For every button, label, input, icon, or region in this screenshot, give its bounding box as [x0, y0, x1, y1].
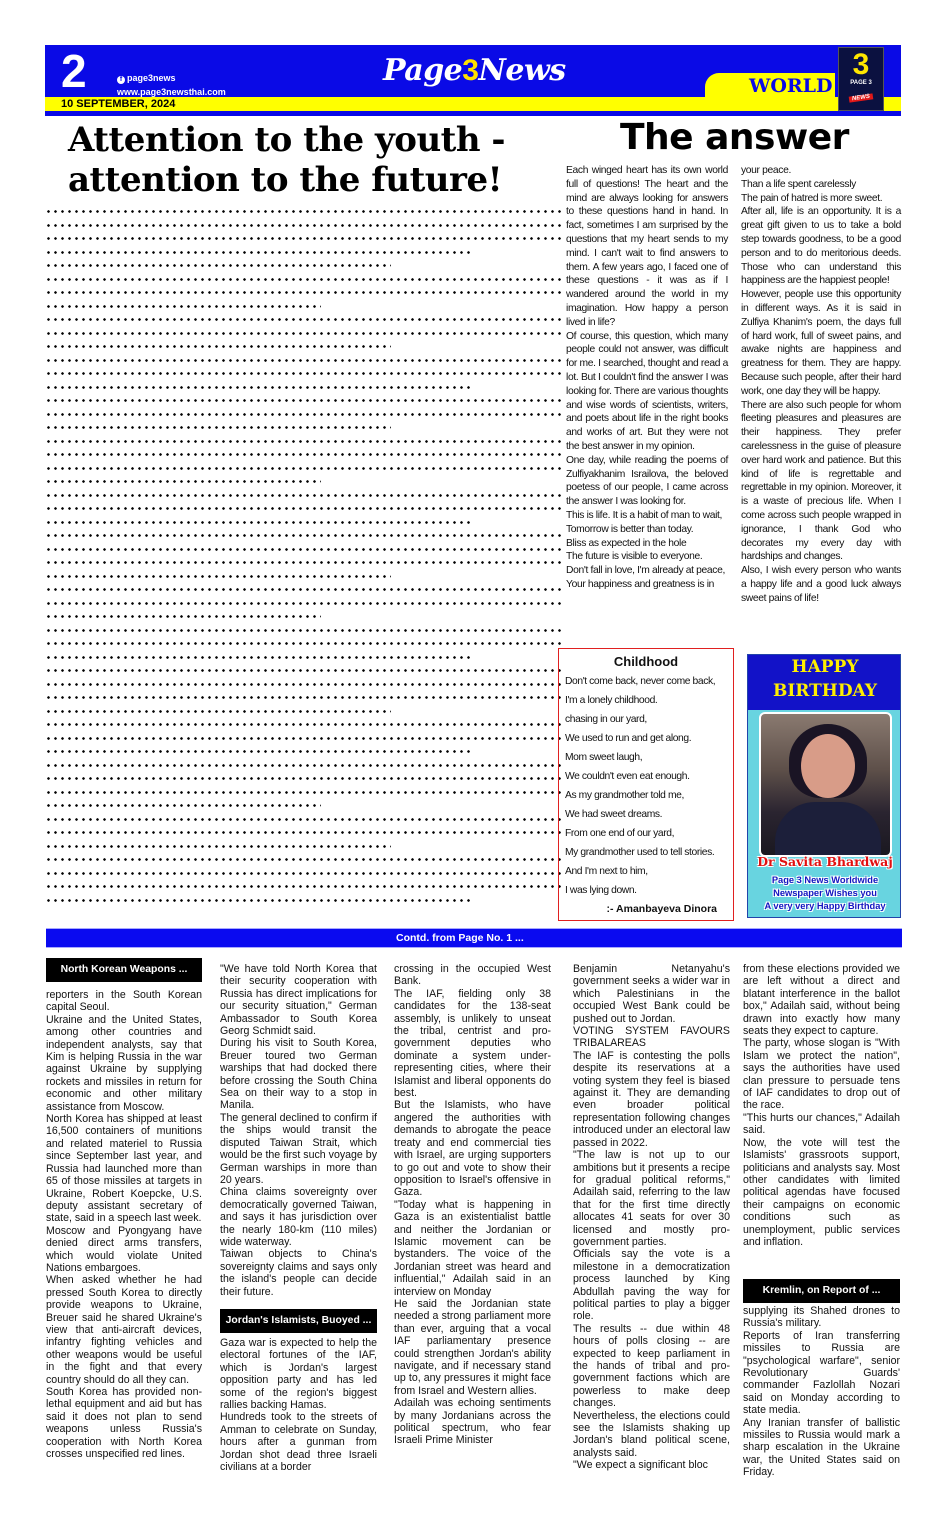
news-paragraph: Benjamin Netanyahu's government seeks a … — [573, 963, 730, 1025]
news-paragraph: Ukraine and the United States, among oth… — [46, 1014, 202, 1113]
news-paragraph: The general declined to confirm if the s… — [220, 1112, 377, 1186]
answer-verse-line: Tomorrow is better than today. — [566, 523, 728, 537]
answer-paragraph: After all, life is an opportunity. It is… — [741, 205, 901, 288]
answer-verse-line: The pain of hatred is more sweet. — [741, 192, 901, 206]
news-paragraph: China claims sovereignty over democratic… — [220, 1186, 377, 1248]
social-links: fpage3news www.page3newsthai.com — [117, 71, 226, 99]
news-paragraph: Hundreds took to the streets of Amman to… — [220, 1411, 377, 1473]
news-paragraph: The IAF is contesting the polls despite … — [573, 1050, 730, 1149]
facebook-link[interactable]: fpage3news — [117, 71, 226, 85]
facebook-handle: page3news — [127, 73, 176, 83]
news-paragraph: crossing in the occupied West Bank. — [394, 963, 551, 988]
badge-news-text: NEWS — [849, 93, 874, 102]
birthday-message: Page 3 News Worldwide Newspaper Wishes y… — [748, 874, 901, 913]
answer-verse-line: This is life. It is a habit of man to wa… — [566, 509, 728, 523]
poem-author: :- Amanbayeva Dinora — [565, 900, 727, 918]
answer-paragraph: Of course, this question, which many peo… — [566, 330, 728, 454]
poem-line: I was lying down. — [565, 881, 727, 900]
news-column-3: crossing in the occupied West Bank. The … — [394, 963, 551, 1447]
news-paragraph: Gaza war is expected to help the elector… — [220, 1337, 377, 1411]
issue-date: 10 SEPTEMBER, 2024 — [61, 98, 175, 111]
answer-verse-line: Than a life spent carelessly — [741, 178, 901, 192]
answer-verse-line: The future is visible to everyone. — [566, 550, 728, 564]
news-column-5: from these elections provided we are lef… — [743, 963, 900, 1248]
website-link[interactable]: www.page3newsthai.com — [117, 85, 226, 99]
answer-column-2: your peace. Than a life spent carelessly… — [741, 164, 901, 606]
news-column-5-kremlin: supplying its Shahed drones to Russia's … — [743, 1305, 900, 1479]
headline-youth: Attention to the youth - attention to th… — [68, 120, 548, 200]
continued-banner: Contd. from Page No. 1 ... — [46, 928, 902, 948]
news-paragraph: "We have told North Korea that their sec… — [220, 963, 377, 1037]
birthday-person-name: Dr Savita Bhardwaj — [748, 854, 901, 870]
birthday-message-line: Newspaper Wishes you — [748, 887, 901, 900]
poem-title: Childhood — [565, 653, 727, 670]
facebook-icon: f — [117, 76, 125, 84]
news-paragraph: Adailah was echoing sentiments by many J… — [394, 1397, 551, 1447]
birthday-birthday: BIRTHDAY — [748, 679, 901, 703]
logo-text-news: News — [478, 53, 565, 88]
section-tab: WORLD — [705, 73, 835, 111]
badge-number: 3 — [839, 50, 883, 80]
news-paragraph: Nevertheless, the elections could see th… — [573, 1410, 730, 1460]
section-label-jordans-islamists: Jordan's Islamists, Buoyed ... — [220, 1309, 377, 1333]
news-paragraph: Any Iranian transfer of ballistic missil… — [743, 1417, 900, 1479]
news-paragraph: "Today what is happening in Gaza is an e… — [394, 1199, 551, 1298]
page-number: 2 — [61, 47, 87, 95]
birthday-message-line: A very very Happy Birthday — [748, 900, 901, 913]
newspaper-logo: Page3News — [383, 51, 566, 91]
answer-paragraph: One day, while reading the poems of Zulf… — [566, 454, 728, 509]
news-paragraph: The party, whose slogan is "With Islam w… — [743, 1037, 900, 1111]
news-paragraph: Reports of Iran transferring missiles to… — [743, 1330, 900, 1417]
portrait-body — [775, 802, 881, 857]
news-paragraph: The IAF, fielding only 38 candidates for… — [394, 988, 551, 1100]
logo-three: 3 — [462, 54, 478, 87]
section-label-north-korean-weapons: North Korean Weapons ... — [46, 958, 202, 982]
news-paragraph: "We expect a significant bloc — [573, 1459, 730, 1471]
news-paragraph: "This hurts our chances," Adailah said. — [743, 1112, 900, 1137]
poem-line: Don't come back, never come back, — [565, 672, 727, 691]
answer-paragraph: There are also such people for whom flee… — [741, 399, 901, 565]
news-paragraph: Moscow and Pyongyang have denied direct … — [46, 1225, 202, 1275]
news-paragraph: supplying its Shahed drones to Russia's … — [743, 1305, 900, 1330]
poem-line: chasing in our yard, — [565, 710, 727, 729]
news-paragraph: When asked whether he had pressed South … — [46, 1274, 202, 1386]
news-paragraph: He said the Jordanian state needed a str… — [394, 1298, 551, 1397]
masthead: 2 fpage3news www.page3newsthai.com 10 SE… — [45, 45, 901, 117]
answer-column-1: Each winged heart has its own world full… — [566, 164, 728, 592]
news-paragraph: North Korea has shipped at least 16,500 … — [46, 1113, 202, 1225]
news-paragraph: Now, the vote will test the Islamists' g… — [743, 1137, 900, 1249]
answer-paragraph: Each winged heart has its own world full… — [566, 164, 728, 330]
continued-banner-label: Contd. from Page No. 1 ... — [396, 932, 524, 945]
birthday-happy: HAPPY — [748, 655, 901, 679]
birthday-portrait-photo — [759, 712, 892, 857]
badge-page-text: PAGE 3 — [839, 80, 883, 86]
news-paragraph: reporters in the South Korean capital Se… — [46, 989, 202, 1014]
page3-badge-logo: 3 PAGE 3 NEWS — [838, 47, 884, 111]
answer-verse-line: Your happiness and greatness is in — [566, 578, 728, 592]
news-column-2-jordan: Gaza war is expected to help the elector… — [220, 1337, 377, 1473]
section-label-kremlin: Kremlin, on Report of ... — [743, 1279, 900, 1303]
headline-the-answer: The answer — [620, 117, 849, 159]
logo-text-page: Page — [383, 53, 462, 88]
birthday-header: HAPPY BIRTHDAY — [748, 655, 901, 710]
news-paragraph: The results -- due within 48 hours of po… — [573, 1323, 730, 1410]
childhood-poem-box: Childhood Don't come back, never come ba… — [558, 648, 734, 921]
section-label: WORLD — [749, 75, 833, 97]
answer-paragraph: Also, I wish every person who wants a ha… — [741, 564, 901, 605]
news-column-4: Benjamin Netanyahu's government seeks a … — [573, 963, 730, 1472]
news-paragraph: South Korea has provided non-lethal equi… — [46, 1386, 202, 1460]
news-column-1: reporters in the South Korean capital Se… — [46, 989, 202, 1460]
news-paragraph: During his visit to South Korea, Breuer … — [220, 1037, 377, 1111]
answer-verse-line: your peace. — [741, 164, 901, 178]
birthday-advertisement: HAPPY BIRTHDAY Dr Savita Bhardwaj Page 3… — [747, 654, 901, 918]
poem-line: My grandmother used to tell stories. — [565, 843, 727, 862]
answer-verse-line: Bliss as expected in the hole — [566, 537, 728, 551]
poem-line: We had sweet dreams. — [565, 805, 727, 824]
poem-line: We couldn't even eat enough. — [565, 767, 727, 786]
news-paragraph: But the Islamists, who have angered the … — [394, 1099, 551, 1198]
poem-line: And I'm next to him, — [565, 862, 727, 881]
masthead-bottom-rule — [45, 111, 901, 116]
poem-line: We used to run and get along. — [565, 729, 727, 748]
answer-verse-line: Don't fall in love, I'm already at peace… — [566, 564, 728, 578]
news-paragraph: "The law is not up to our ambitions but … — [573, 1149, 730, 1248]
birthday-message-line: Page 3 News Worldwide — [748, 874, 901, 887]
poem-line: Mom sweet laugh, — [565, 748, 727, 767]
news-subheading: VOTING SYSTEM FAVOURS TRIBALAREAS — [573, 1025, 730, 1050]
illegible-article-body — [45, 205, 561, 915]
portrait-face — [801, 734, 855, 798]
poem-line: From one end of our yard, — [565, 824, 727, 843]
news-paragraph: from these elections provided we are lef… — [743, 963, 900, 1037]
news-paragraph: Officials say the vote is a milestone in… — [573, 1248, 730, 1322]
poem-line: As my grandmother told me, — [565, 786, 727, 805]
news-paragraph: Taiwan objects to China's sovereignty cl… — [220, 1248, 377, 1298]
poem-line: I'm a lonely childhood. — [565, 691, 727, 710]
answer-paragraph: However, people use this opportunity in … — [741, 288, 901, 398]
news-column-2: "We have told North Korea that their sec… — [220, 963, 377, 1298]
